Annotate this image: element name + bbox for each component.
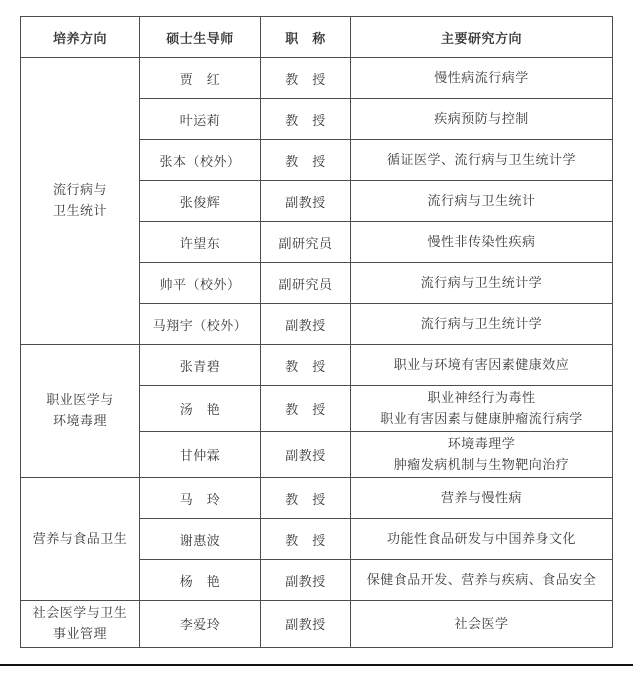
supervisor-name-cell: 贾 红 — [140, 58, 261, 99]
research-line: 疾病预防与控制 — [355, 109, 608, 129]
research-line: 流行病与卫生统计 — [355, 191, 608, 211]
direction-line: 事业管理 — [25, 624, 135, 645]
title-cell: 教 授 — [261, 386, 351, 432]
research-cell: 循证医学、流行病与卫生统计学 — [351, 140, 613, 181]
direction-line: 职业医学与 — [25, 390, 135, 411]
title-cell: 副教授 — [261, 181, 351, 222]
header-title: 职 称 — [261, 17, 351, 58]
table-row: 社会医学与卫生事业管理李爱玲副教授社会医学 — [21, 601, 613, 648]
header-direction: 培养方向 — [21, 17, 140, 58]
direction-cell: 营养与食品卫生 — [21, 478, 140, 601]
supervisor-name-cell: 马 玲 — [140, 478, 261, 519]
title-cell: 教 授 — [261, 99, 351, 140]
supervisor-name-cell: 汤 艳 — [140, 386, 261, 432]
direction-line: 营养与食品卫生 — [25, 529, 135, 550]
direction-line: 社会医学与卫生 — [25, 603, 135, 624]
supervisor-name-cell: 甘仲霖 — [140, 432, 261, 478]
supervisor-name-cell: 李爱玲 — [140, 601, 261, 648]
direction-line: 卫生统计 — [25, 201, 135, 222]
research-line: 职业与环境有害因素健康效应 — [355, 355, 608, 375]
research-line: 营养与慢性病 — [355, 488, 608, 508]
supervisors-table: 培养方向 硕士生导师 职 称 主要研究方向 流行病与卫生统计贾 红教 授慢性病流… — [20, 16, 613, 648]
research-line: 功能性食品研发与中国养身文化 — [355, 529, 608, 549]
title-cell: 副研究员 — [261, 222, 351, 263]
research-cell: 流行病与卫生统计学 — [351, 304, 613, 345]
research-cell: 职业与环境有害因素健康效应 — [351, 345, 613, 386]
research-line: 慢性非传染性疾病 — [355, 232, 608, 252]
title-cell: 教 授 — [261, 345, 351, 386]
table-row: 职业医学与环境毒理张青碧教 授职业与环境有害因素健康效应 — [21, 345, 613, 386]
table-body: 流行病与卫生统计贾 红教 授慢性病流行病学叶运莉教 授疾病预防与控制张本（校外）… — [21, 58, 613, 648]
supervisor-name-cell: 许望东 — [140, 222, 261, 263]
research-cell: 职业神经行为毒性职业有害因素与健康肿瘤流行病学 — [351, 386, 613, 432]
research-cell: 疾病预防与控制 — [351, 99, 613, 140]
direction-cell: 社会医学与卫生事业管理 — [21, 601, 140, 648]
research-line: 肿瘤发病机制与生物靶向治疗 — [355, 455, 608, 475]
research-line: 循证医学、流行病与卫生统计学 — [355, 150, 608, 170]
table-row: 流行病与卫生统计贾 红教 授慢性病流行病学 — [21, 58, 613, 99]
research-cell: 慢性病流行病学 — [351, 58, 613, 99]
supervisor-name-cell: 马翔宇（校外） — [140, 304, 261, 345]
title-cell: 副教授 — [261, 304, 351, 345]
direction-cell: 职业医学与环境毒理 — [21, 345, 140, 478]
supervisor-name-cell: 帅平（校外） — [140, 263, 261, 304]
title-cell: 教 授 — [261, 58, 351, 99]
title-cell: 副教授 — [261, 560, 351, 601]
supervisor-name-cell: 杨 艳 — [140, 560, 261, 601]
title-cell: 教 授 — [261, 519, 351, 560]
header-supervisor: 硕士生导师 — [140, 17, 261, 58]
title-cell: 教 授 — [261, 478, 351, 519]
table-row: 营养与食品卫生马 玲教 授营养与慢性病 — [21, 478, 613, 519]
research-cell: 社会医学 — [351, 601, 613, 648]
title-cell: 副研究员 — [261, 263, 351, 304]
supervisor-name-cell: 谢惠波 — [140, 519, 261, 560]
research-cell: 功能性食品研发与中国养身文化 — [351, 519, 613, 560]
research-cell: 流行病与卫生统计学 — [351, 263, 613, 304]
title-cell: 副教授 — [261, 601, 351, 648]
title-cell: 教 授 — [261, 140, 351, 181]
supervisor-name-cell: 叶运莉 — [140, 99, 261, 140]
title-cell: 副教授 — [261, 432, 351, 478]
research-line: 职业神经行为毒性 — [355, 388, 608, 408]
direction-line: 环境毒理 — [25, 411, 135, 432]
supervisor-name-cell: 张青碧 — [140, 345, 261, 386]
research-cell: 环境毒理学肿瘤发病机制与生物靶向治疗 — [351, 432, 613, 478]
research-line: 保健食品开发、营养与疾病、食品安全 — [355, 570, 608, 590]
direction-line: 流行病与 — [25, 180, 135, 201]
page-bottom-rule — [0, 664, 633, 666]
header-research: 主要研究方向 — [351, 17, 613, 58]
research-line: 慢性病流行病学 — [355, 68, 608, 88]
research-line: 流行病与卫生统计学 — [355, 314, 608, 334]
research-line: 职业有害因素与健康肿瘤流行病学 — [355, 409, 608, 429]
research-cell: 保健食品开发、营养与疾病、食品安全 — [351, 560, 613, 601]
supervisor-name-cell: 张俊辉 — [140, 181, 261, 222]
research-cell: 流行病与卫生统计 — [351, 181, 613, 222]
header-row: 培养方向 硕士生导师 职 称 主要研究方向 — [21, 17, 613, 58]
direction-cell: 流行病与卫生统计 — [21, 58, 140, 345]
supervisors-table-container: 培养方向 硕士生导师 职 称 主要研究方向 流行病与卫生统计贾 红教 授慢性病流… — [20, 16, 613, 648]
research-cell: 慢性非传染性疾病 — [351, 222, 613, 263]
supervisor-name-cell: 张本（校外） — [140, 140, 261, 181]
research-line: 环境毒理学 — [355, 434, 608, 454]
research-line: 流行病与卫生统计学 — [355, 273, 608, 293]
research-line: 社会医学 — [355, 614, 608, 634]
research-cell: 营养与慢性病 — [351, 478, 613, 519]
